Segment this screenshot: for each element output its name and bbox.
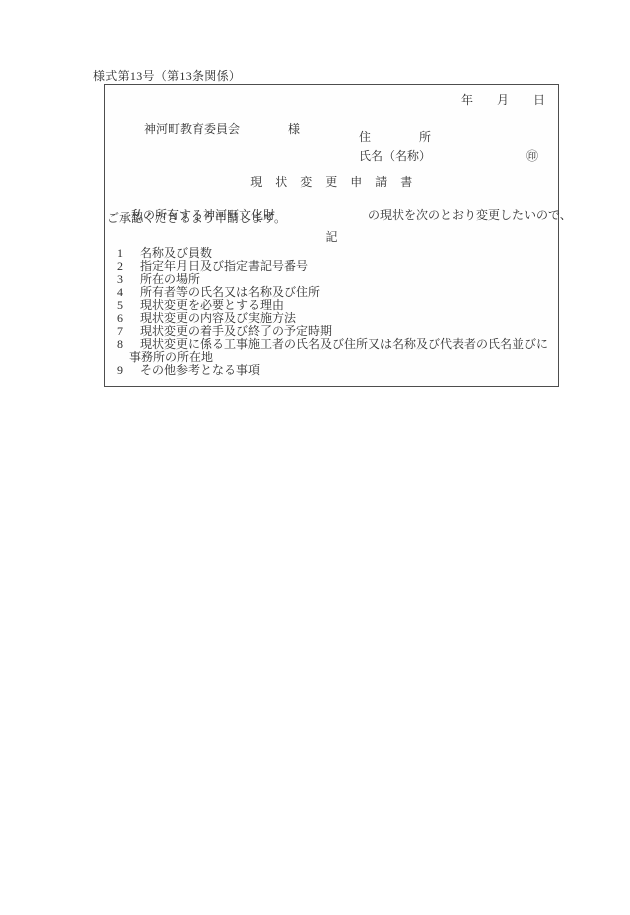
honorific-sama: 様 xyxy=(288,123,300,136)
list-item: 8現状変更に係る工事施工者の氏名及び住所又は名称及び代表者の氏名並びに事務所の所… xyxy=(105,338,557,364)
item-number: 9 xyxy=(117,364,140,377)
address-label: 住 所 xyxy=(359,131,431,144)
item-text: 名称及び員数 xyxy=(140,246,212,260)
item-text: 所在の場所 xyxy=(140,272,200,286)
form-title: 現 状 変 更 申 請 書 xyxy=(105,176,558,189)
date-line: 年 月 日 xyxy=(461,94,545,107)
body-line-2: ご承認くださるよう申請します。 xyxy=(107,212,286,225)
item-text: 現状変更の内容及び実施方法 xyxy=(140,311,296,325)
item-text: 指定年月日及び指定書記号番号 xyxy=(140,259,308,273)
name-label: 氏名（名称） xyxy=(359,150,431,163)
item-text: 現状変更の着手及び終了の予定時期 xyxy=(140,324,332,338)
form-number-label: 様式第13号（第13条関係） xyxy=(93,67,241,84)
list-heading-ki: 記 xyxy=(105,231,558,244)
addressee-line: 神河町教育委員会様 xyxy=(126,110,300,149)
addressee-name: 神河町教育委員会 xyxy=(144,122,240,136)
item-list: 1名称及び員数 2指定年月日及び指定書記号番号 3所在の場所 4所有者等の氏名又… xyxy=(105,247,557,377)
item-text: 現状変更を必要とする理由 xyxy=(140,298,284,312)
list-item: 9その他参考となる事項 xyxy=(105,364,557,377)
document-page: 様式第13号（第13条関係） 年 月 日 神河町教育委員会様 住 所 氏名（名称… xyxy=(0,0,630,915)
item-text: 所有者等の氏名又は名称及び住所 xyxy=(140,285,320,299)
form-border-box: 年 月 日 神河町教育委員会様 住 所 氏名（名称） ㊞ 現 状 変 更 申 請… xyxy=(104,84,559,387)
body-line1-suffix: の現状を次のとおり変更したいので、 xyxy=(368,208,572,222)
item-text: その他参考となる事項 xyxy=(140,363,260,377)
seal-mark-icon: ㊞ xyxy=(526,150,538,163)
item-text: 現状変更に係る工事施工者の氏名及び住所又は名称及び代表者の氏名並びに事務所の所在… xyxy=(129,337,548,364)
property-name-blank-field xyxy=(275,208,368,219)
